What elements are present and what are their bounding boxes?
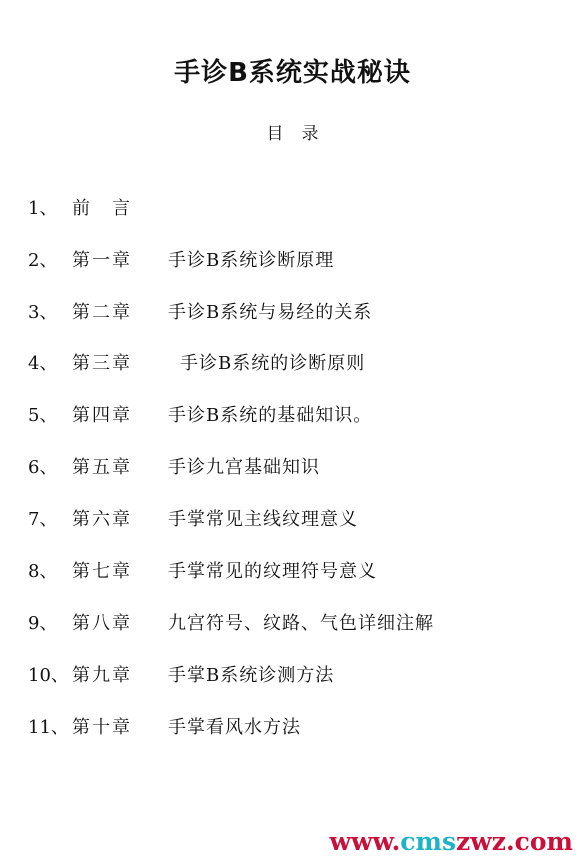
toc-number: 3、 xyxy=(28,301,73,325)
toc-chapter: 第八章 xyxy=(72,612,132,636)
watermark-prefix: www. xyxy=(330,827,401,856)
toc-number: 9、 xyxy=(28,612,73,636)
toc-chapter: 第四章 xyxy=(72,404,132,428)
toc-number: 6、 xyxy=(28,456,73,480)
toc-number: 7、 xyxy=(28,508,73,532)
toc-number: 1、 xyxy=(28,197,73,221)
toc-chapter: 第一章 xyxy=(72,249,132,273)
toc-description: 手掌看风水方法 xyxy=(168,716,301,740)
toc-description: 手诊B系统诊断原理 xyxy=(168,249,334,273)
toc-description: 手掌常见的纹理符号意义 xyxy=(168,560,377,584)
toc-description: 手诊B系统的诊断原则 xyxy=(180,352,365,376)
toc-heading: 目录 xyxy=(0,119,585,144)
toc-number: 10、 xyxy=(28,664,73,688)
toc-description: 手诊B系统的基础知识。 xyxy=(168,404,372,428)
toc-chapter: 第三章 xyxy=(72,352,132,376)
toc-number: 2、 xyxy=(28,249,73,273)
toc-chapter: 第十章 xyxy=(72,716,132,740)
toc-description: 手诊B系统与易经的关系 xyxy=(168,301,372,325)
watermark-suffix: zwz.com xyxy=(456,827,573,856)
toc-chapter: 第七章 xyxy=(72,560,132,584)
toc-chapter: 第九章 xyxy=(72,664,132,688)
toc-number: 4、 xyxy=(28,352,73,376)
toc-description: 手掌常见主线纹理意义 xyxy=(168,508,358,532)
toc-number: 11、 xyxy=(28,716,73,740)
toc-chapter: 第六章 xyxy=(72,508,132,532)
document-title: 手诊B系统实战秘诀 xyxy=(0,52,585,89)
toc-description: 手掌B系统诊测方法 xyxy=(168,664,334,688)
toc-chapter: 第二章 xyxy=(72,301,132,325)
watermark-middle: cms xyxy=(400,827,456,856)
watermark: www.cmszwz.com xyxy=(330,827,573,856)
toc-number: 8、 xyxy=(28,560,73,584)
toc-chapter: 前 言 xyxy=(72,197,132,221)
toc-description: 手诊九宫基础知识 xyxy=(168,456,320,480)
toc-number: 5、 xyxy=(28,404,73,428)
toc-description: 九宫符号、纹路、气色详细注解 xyxy=(168,612,434,636)
toc-chapter: 第五章 xyxy=(72,456,132,480)
